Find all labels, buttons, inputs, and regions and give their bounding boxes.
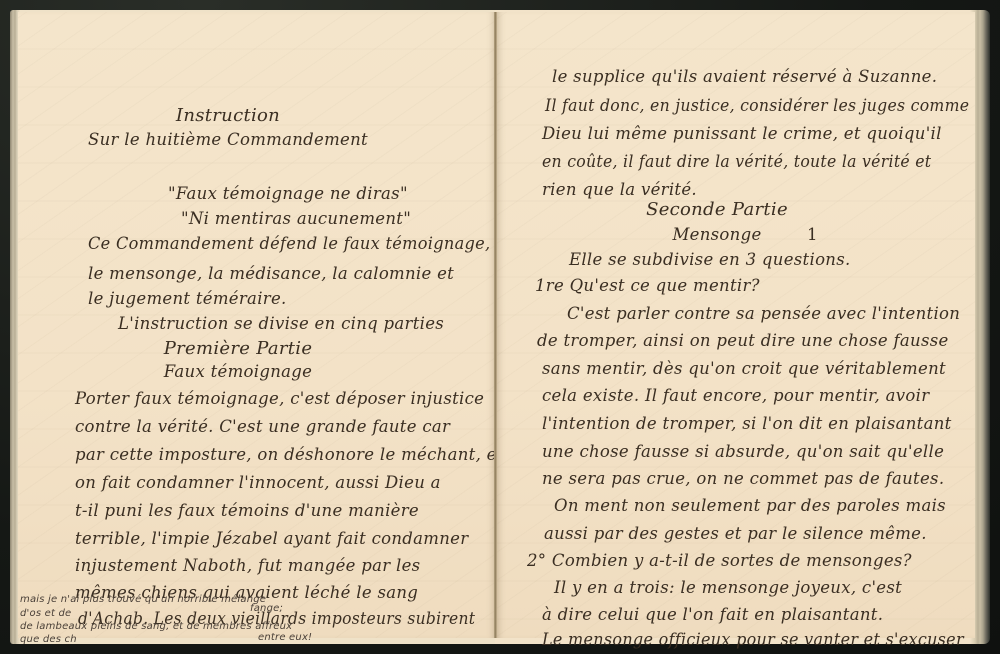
- text-line: Il faut donc, en justice, considérer les…: [545, 96, 969, 115]
- pencil-note: entre eux!: [258, 632, 312, 643]
- text-line: de tromper, ainsi on peut dire une chose…: [537, 331, 949, 350]
- text-line: aussi par des gestes et par le silence m…: [544, 524, 927, 543]
- pencil-note: d'os et de: [20, 608, 71, 619]
- page-title: Instruction: [18, 105, 438, 126]
- text-line: Il y en a trois: le mensonge joyeux, c'e…: [554, 578, 902, 597]
- text-line: le mensonge, la médisance, la calomnie e…: [88, 264, 454, 283]
- right-page: le supplice qu'ils avaient réservé à Suz…: [497, 12, 975, 638]
- text-line: "Ni mentiras aucunement": [181, 209, 411, 228]
- text-line: t-il puni les faux témoins d'une manière: [75, 501, 419, 520]
- text-line: injustement Naboth, fut mangée par les: [75, 556, 420, 575]
- text-line: L'instruction se divise en cinq parties: [118, 314, 444, 333]
- text-line: rien que la vérité.: [542, 180, 697, 199]
- text-line: l'intention de tromper, si l'on dit en p…: [542, 414, 952, 433]
- left-page: Instruction Sur le huitième Commandement…: [18, 12, 495, 638]
- text-line: "Faux témoignage ne diras": [168, 184, 408, 203]
- section-heading: Première Partie: [18, 338, 458, 359]
- text-line: Le mensonge officieux pour se vanter et …: [542, 630, 964, 649]
- text-line: sans mentir, dès qu'on croit que véritab…: [542, 359, 946, 378]
- text-line: 1re Qu'est ce que mentir?: [535, 276, 760, 295]
- text-line: Dieu lui même punissant le crime, et quo…: [542, 124, 942, 143]
- text-line: à dire celui que l'on fait en plaisantan…: [542, 605, 883, 624]
- text-line: ne sera pas crue, on ne commet pas de fa…: [542, 469, 944, 488]
- text-line: Porter faux témoignage, c'est déposer in…: [75, 389, 484, 408]
- pencil-note: de lambeaux pleins de sang, et de membre…: [20, 621, 292, 632]
- text-line: Ce Commandement défend le faux témoignag…: [88, 234, 490, 253]
- text-line: contre la vérité. C'est une grande faute…: [75, 417, 450, 436]
- text-line: on fait condamner l'innocent, aussi Dieu…: [75, 473, 441, 492]
- text-line: en coûte, il faut dire la vérité, toute …: [542, 152, 931, 171]
- text-line: On ment non seulement par des paroles ma…: [554, 496, 946, 515]
- text-line: 2° Combien y a-t-il de sortes de mensong…: [527, 551, 912, 570]
- text-line: par cette imposture, on déshonore le méc…: [75, 445, 504, 464]
- pencil-note: que des ch: [20, 634, 77, 645]
- section-subheading: Faux témoignage: [18, 362, 458, 381]
- text-line: une chose fausse si absurde, qu'on sait …: [542, 442, 944, 461]
- text-line: Elle se subdivise en 3 questions.: [569, 250, 851, 269]
- text-line: terrible, l'impie Jézabel ayant fait con…: [75, 529, 468, 548]
- pencil-note: mais je n'ai plus trouvé qu'un horrible …: [20, 594, 266, 605]
- text-line: le supplice qu'ils avaient réservé à Suz…: [552, 67, 937, 86]
- text-line: cela existe. Il faut encore, pour mentir…: [542, 386, 929, 405]
- text-line: le jugement téméraire.: [88, 289, 287, 308]
- marker: 1: [807, 225, 818, 244]
- page-subtitle: Sur le huitième Commandement: [18, 130, 438, 149]
- section-subheading: Mensonge: [497, 225, 937, 244]
- text-line: C'est parler contre sa pensée avec l'int…: [567, 304, 960, 323]
- section-heading: Seconde Partie: [497, 199, 937, 220]
- pencil-note: fange;: [250, 603, 283, 614]
